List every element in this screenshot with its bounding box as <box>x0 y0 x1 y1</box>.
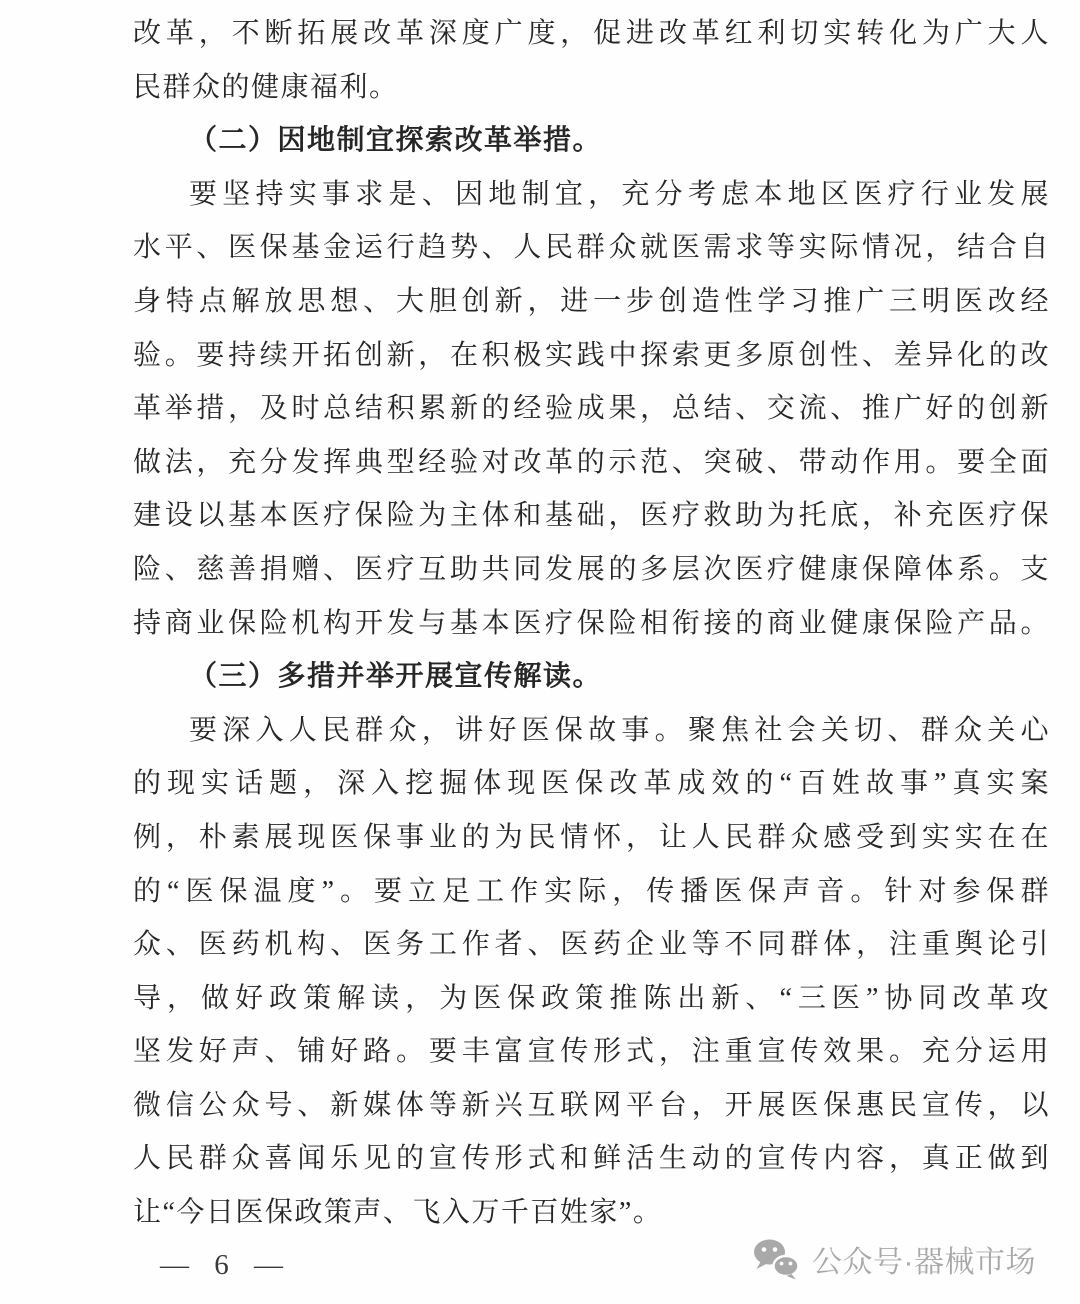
section-heading: （三）多措并举开展宣传解读。 <box>133 650 1050 704</box>
document-line: 做法，充分发挥典型经验对改革的示范、突破、带动作用。要全面 <box>133 436 1050 490</box>
document-page: 改革，不断拓展改革深度广度，促进改革红利切实转化为广大人 民群众的健康福利。 （… <box>0 0 1080 1304</box>
watermark-label: 公众号·器械市场 <box>812 1237 1036 1281</box>
document-line: 要深入人民群众，讲好医保故事。聚焦社会关切、群众关心 <box>133 704 1050 758</box>
page-number: — 6 — <box>160 1246 292 1284</box>
document-line: 水平、医保基金运行趋势、人民群众就医需求等实际情况，结合自 <box>133 221 1050 275</box>
document-line: 坚发好声、铺好路。要丰富宣传形式，注重宣传效果。充分运用 <box>133 1025 1050 1079</box>
document-line: 让“今日医保政策声、飞入万千百姓家”。 <box>133 1186 1050 1240</box>
document-text-block: 改革，不断拓展改革深度广度，促进改革红利切实转化为广大人 民群众的健康福利。 （… <box>133 7 1050 1240</box>
section-heading: （二）因地制宜探索改革举措。 <box>133 114 1050 168</box>
document-line: 民群众的健康福利。 <box>133 61 1050 115</box>
wechat-icon <box>752 1238 800 1280</box>
document-line: 要坚持实事求是、因地制宜，充分考虑本地区医疗行业发展 <box>133 168 1050 222</box>
document-line: 的“医保温度”。要立足工作实际，传播医保声音。针对参保群 <box>133 865 1050 919</box>
document-line: 的现实话题，深入挖掘体现医保改革成效的“百姓故事”真实案 <box>133 757 1050 811</box>
wechat-watermark: 公众号·器械市场 <box>752 1236 1036 1282</box>
document-line: 险、慈善捐赠、医疗互助共同发展的多层次医疗健康保障体系。支 <box>133 543 1050 597</box>
document-line: 身特点解放思想、大胆创新，进一步创造性学习推广三明医改经 <box>133 275 1050 329</box>
document-line: 微信公众号、新媒体等新兴互联网平台，开展医保惠民宣传，以 <box>133 1079 1050 1133</box>
document-line: 建设以基本医疗保险为主体和基础，医疗救助为托底，补充医疗保 <box>133 489 1050 543</box>
document-line: 革举措，及时总结积累新的经验成果，总结、交流、推广好的创新 <box>133 382 1050 436</box>
document-line: 持商业保险机构开发与基本医疗保险相衔接的商业健康保险产品。 <box>133 597 1050 651</box>
document-line: 众、医药机构、医务工作者、医药企业等不同群体，注重舆论引 <box>133 918 1050 972</box>
document-line: 例，朴素展现医保事业的为民情怀，让人民群众感受到实实在在 <box>133 811 1050 865</box>
document-line: 导，做好政策解读，为医保政策推陈出新、“三医”协同改革攻 <box>133 972 1050 1026</box>
document-line: 改革，不断拓展改革深度广度，促进改革红利切实转化为广大人 <box>133 7 1050 61</box>
document-line: 验。要持续开拓创新，在积极实践中探索更多原创性、差异化的改 <box>133 329 1050 383</box>
document-line: 人民群众喜闻乐见的宣传形式和鲜活生动的宣传内容，真正做到 <box>133 1132 1050 1186</box>
